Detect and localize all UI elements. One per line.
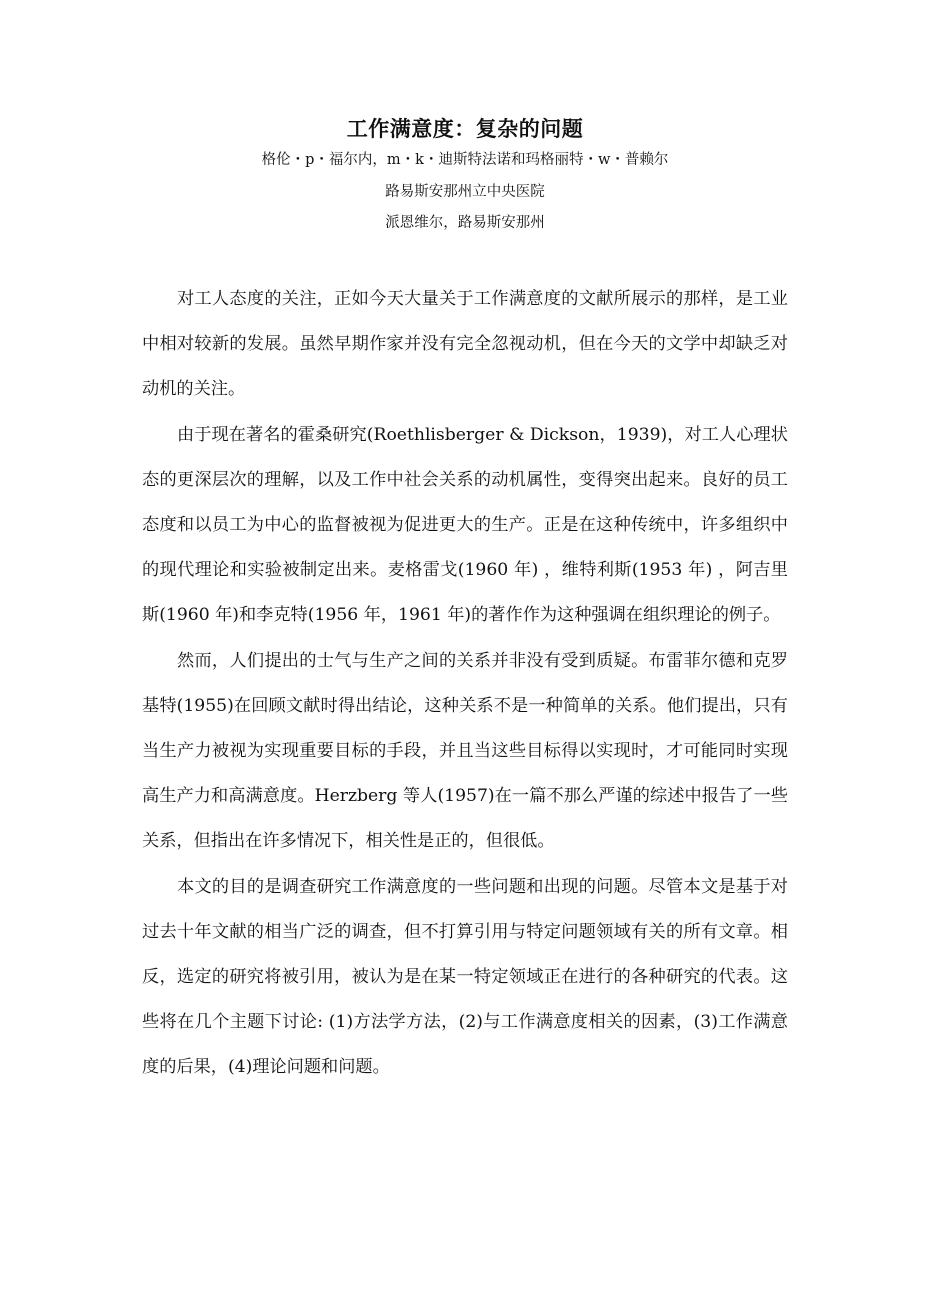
paragraph-intro: 对工人态度的关注，正如今天大量关于工作满意度的文献所展示的那样，是工业中相对较新…: [142, 277, 788, 413]
location-line: 派恩维尔，路易斯安那州: [142, 213, 788, 233]
affiliation-line: 路易斯安那州立中央医院: [142, 182, 788, 202]
document-body: 对工人态度的关注，正如今天大量关于工作满意度的文献所展示的那样，是工业中相对较新…: [142, 277, 788, 1091]
paragraph-purpose: 本文的目的是调查研究工作满意度的一些问题和出现的问题。尽管本文是基于对过去十年文…: [142, 865, 788, 1091]
paragraph-morale-production: 然而，人们提出的士气与生产之间的关系并非没有受到质疑。布雷菲尔德和克罗基特(19…: [142, 639, 788, 865]
author-line: 格伦・p・福尔内，m・k・迪斯特法诺和玛格丽特・w・普赖尔: [142, 150, 788, 170]
document-title: 工作满意度：复杂的问题: [142, 115, 788, 143]
paragraph-hawthorne: 由于现在著名的霍桑研究(Roethlisberger & Dickson，193…: [142, 413, 788, 639]
